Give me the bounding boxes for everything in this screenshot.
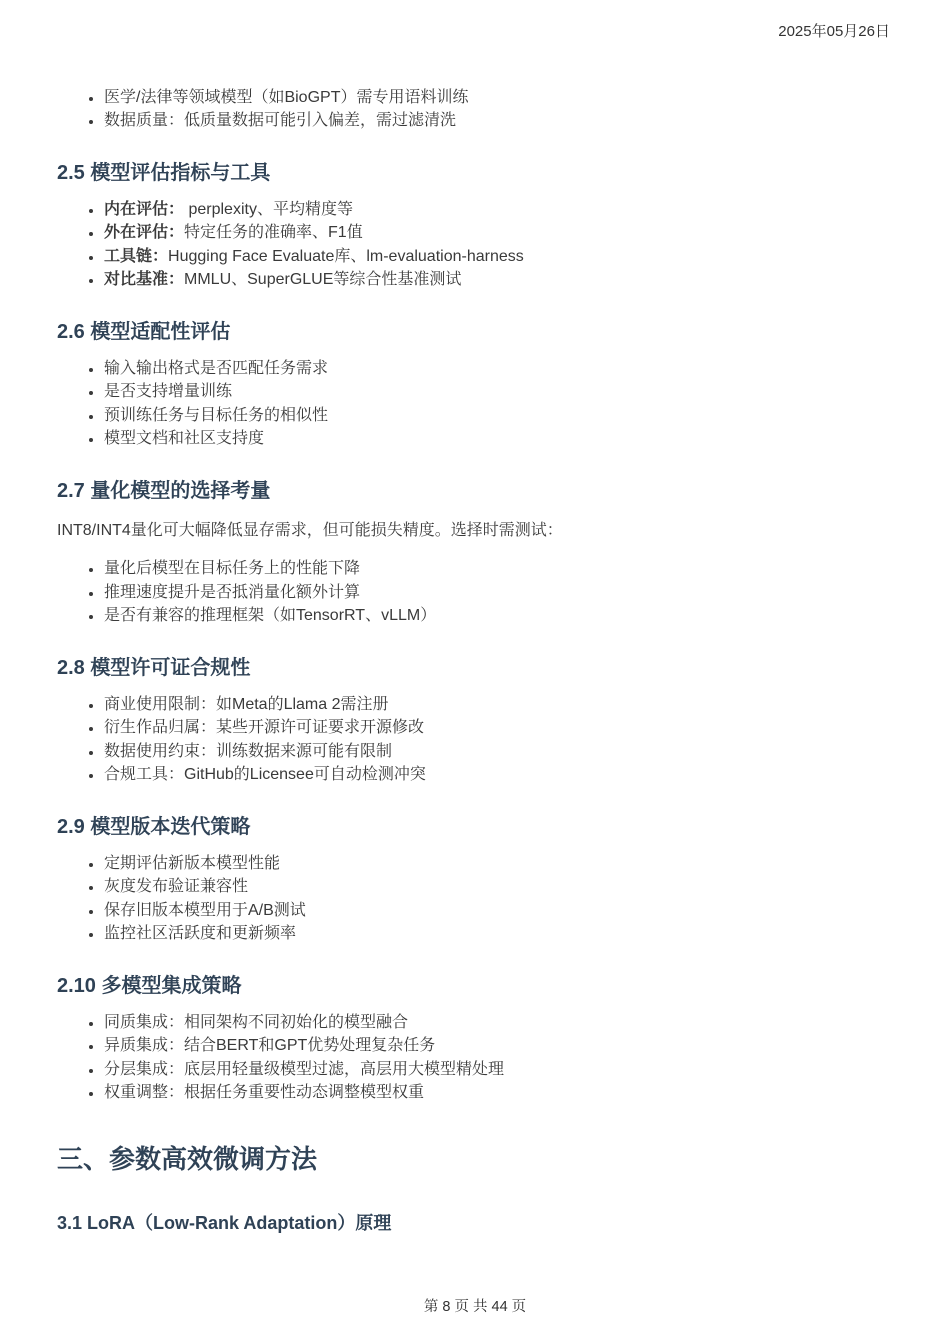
bullet-text: 特定任务的准确率、F1值 <box>184 224 363 241</box>
bullet-text: 数据质量：低质量数据可能引入偏差，需过滤清洗 <box>104 112 456 129</box>
list-item: 外在评估：特定任务的准确率、F1值 <box>103 221 890 245</box>
section-2-7-bullet-list: 量化后模型在目标任务上的性能下降 推理速度提升是否抵消量化额外计算 是否有兼容的… <box>57 557 890 628</box>
bullet-text: 权重调整：根据任务重要性动态调整模型权重 <box>104 1084 424 1101</box>
list-item: 定期评估新版本模型性能 <box>103 852 890 876</box>
list-item: 内在评估： perplexity、平均精度等 <box>103 198 890 222</box>
list-item: 是否支持增量训练 <box>103 380 890 404</box>
document-page: 2025年05月26日 医学/法律等领域模型（如BioGPT）需专用语料训练 数… <box>0 0 950 1340</box>
list-item: 异质集成：结合BERT和GPT优势处理复杂任务 <box>103 1034 890 1058</box>
section-heading-2-9: 2.9 模型版本迭代策略 <box>57 813 890 841</box>
list-item: 工具链：Hugging Face Evaluate库、lm-evaluation… <box>103 245 890 269</box>
section-2-6-bullet-list: 输入输出格式是否匹配任务需求 是否支持增量训练 预训练任务与目标任务的相似性 模… <box>57 357 890 451</box>
list-item: 商业使用限制：如Meta的Llama 2需注册 <box>103 693 890 717</box>
document-date: 2025年05月26日 <box>57 22 890 42</box>
intro-bullet-list: 医学/法律等领域模型（如BioGPT）需专用语料训练 数据质量：低质量数据可能引… <box>57 86 890 133</box>
bullet-text: 输入输出格式是否匹配任务需求 <box>104 360 328 377</box>
page-footer: 第 8 页 共 44 页 <box>0 1295 950 1316</box>
list-item: 模型文档和社区支持度 <box>103 427 890 451</box>
bullet-text: 是否支持增量训练 <box>104 383 232 400</box>
section-2-8-bullet-list: 商业使用限制：如Meta的Llama 2需注册 衍生作品归属：某些开源许可证要求… <box>57 693 890 787</box>
list-item: 量化后模型在目标任务上的性能下降 <box>103 557 890 581</box>
section-2-7-paragraph: INT8/INT4量化可大幅降低显存需求，但可能损失精度。选择时需测试： <box>57 519 890 543</box>
list-item: 医学/法律等领域模型（如BioGPT）需专用语料训练 <box>103 86 890 110</box>
bullet-text: 衍生作品归属：某些开源许可证要求开源修改 <box>104 719 424 736</box>
section-heading-2-6: 2.6 模型适配性评估 <box>57 318 890 346</box>
list-item: 输入输出格式是否匹配任务需求 <box>103 357 890 381</box>
bullet-text: 合规工具：GitHub的Licensee可自动检测冲突 <box>104 766 426 783</box>
section-heading-2-10: 2.10 多模型集成策略 <box>57 972 890 1000</box>
bullet-text: 异质集成：结合BERT和GPT优势处理复杂任务 <box>104 1037 435 1054</box>
list-item: 是否有兼容的推理框架（如TensorRT、vLLM） <box>103 604 890 628</box>
bullet-text: 是否有兼容的推理框架（如TensorRT、vLLM） <box>104 607 436 624</box>
bullet-text: 分层集成：底层用轻量级模型过滤，高层用大模型精处理 <box>104 1061 504 1078</box>
bullet-text: 数据使用约束：训练数据来源可能有限制 <box>104 743 392 760</box>
list-item: 灰度发布验证兼容性 <box>103 875 890 899</box>
bullet-text: 医学/法律等领域模型（如BioGPT）需专用语料训练 <box>104 89 468 106</box>
bullet-text: MMLU、SuperGLUE等综合性基准测试 <box>184 271 461 288</box>
bullet-text: 保存旧版本模型用于A/B测试 <box>104 902 306 919</box>
list-item: 分层集成：底层用轻量级模型过滤，高层用大模型精处理 <box>103 1058 890 1082</box>
bullet-text: 监控社区活跃度和更新频率 <box>104 925 296 942</box>
section-2-10-bullet-list: 同质集成：相同架构不同初始化的模型融合 异质集成：结合BERT和GPT优势处理复… <box>57 1011 890 1105</box>
list-item: 数据使用约束：训练数据来源可能有限制 <box>103 740 890 764</box>
bullet-text: perplexity、平均精度等 <box>184 201 353 218</box>
bullet-text: 同质集成：相同架构不同初始化的模型融合 <box>104 1014 408 1031</box>
list-item: 监控社区活跃度和更新频率 <box>103 922 890 946</box>
bullet-lead: 外在评估： <box>104 224 184 241</box>
list-item: 保存旧版本模型用于A/B测试 <box>103 899 890 923</box>
list-item: 预训练任务与目标任务的相似性 <box>103 404 890 428</box>
section-2-5-bullet-list: 内在评估： perplexity、平均精度等 外在评估：特定任务的准确率、F1值… <box>57 198 890 292</box>
list-item: 对比基准：MMLU、SuperGLUE等综合性基准测试 <box>103 268 890 292</box>
section-heading-2-8: 2.8 模型许可证合规性 <box>57 654 890 682</box>
section-heading-2-7: 2.7 量化模型的选择考量 <box>57 477 890 505</box>
list-item: 衍生作品归属：某些开源许可证要求开源修改 <box>103 716 890 740</box>
bullet-text: 灰度发布验证兼容性 <box>104 878 248 895</box>
chapter-heading: 三、参数高效微调方法 <box>57 1142 890 1177</box>
section-heading-2-5: 2.5 模型评估指标与工具 <box>57 159 890 187</box>
bullet-text: 预训练任务与目标任务的相似性 <box>104 407 328 424</box>
bullet-lead: 对比基准： <box>104 271 184 288</box>
section-2-9-bullet-list: 定期评估新版本模型性能 灰度发布验证兼容性 保存旧版本模型用于A/B测试 监控社… <box>57 852 890 946</box>
bullet-lead: 内在评估： <box>104 201 184 218</box>
list-item: 同质集成：相同架构不同初始化的模型融合 <box>103 1011 890 1035</box>
bullet-text: 商业使用限制：如Meta的Llama 2需注册 <box>104 696 389 713</box>
bullet-text: Hugging Face Evaluate库、lm-evaluation-har… <box>168 248 524 265</box>
list-item: 权重调整：根据任务重要性动态调整模型权重 <box>103 1081 890 1105</box>
list-item: 数据质量：低质量数据可能引入偏差，需过滤清洗 <box>103 109 890 133</box>
bullet-text: 模型文档和社区支持度 <box>104 430 264 447</box>
bullet-text: 定期评估新版本模型性能 <box>104 855 280 872</box>
list-item: 合规工具：GitHub的Licensee可自动检测冲突 <box>103 763 890 787</box>
bullet-text: 推理速度提升是否抵消量化额外计算 <box>104 584 360 601</box>
bullet-text: 量化后模型在目标任务上的性能下降 <box>104 560 360 577</box>
bullet-lead: 工具链： <box>104 248 168 265</box>
list-item: 推理速度提升是否抵消量化额外计算 <box>103 581 890 605</box>
subsection-heading-3-1: 3.1 LoRA（Low-Rank Adaptation）原理 <box>57 1211 890 1236</box>
